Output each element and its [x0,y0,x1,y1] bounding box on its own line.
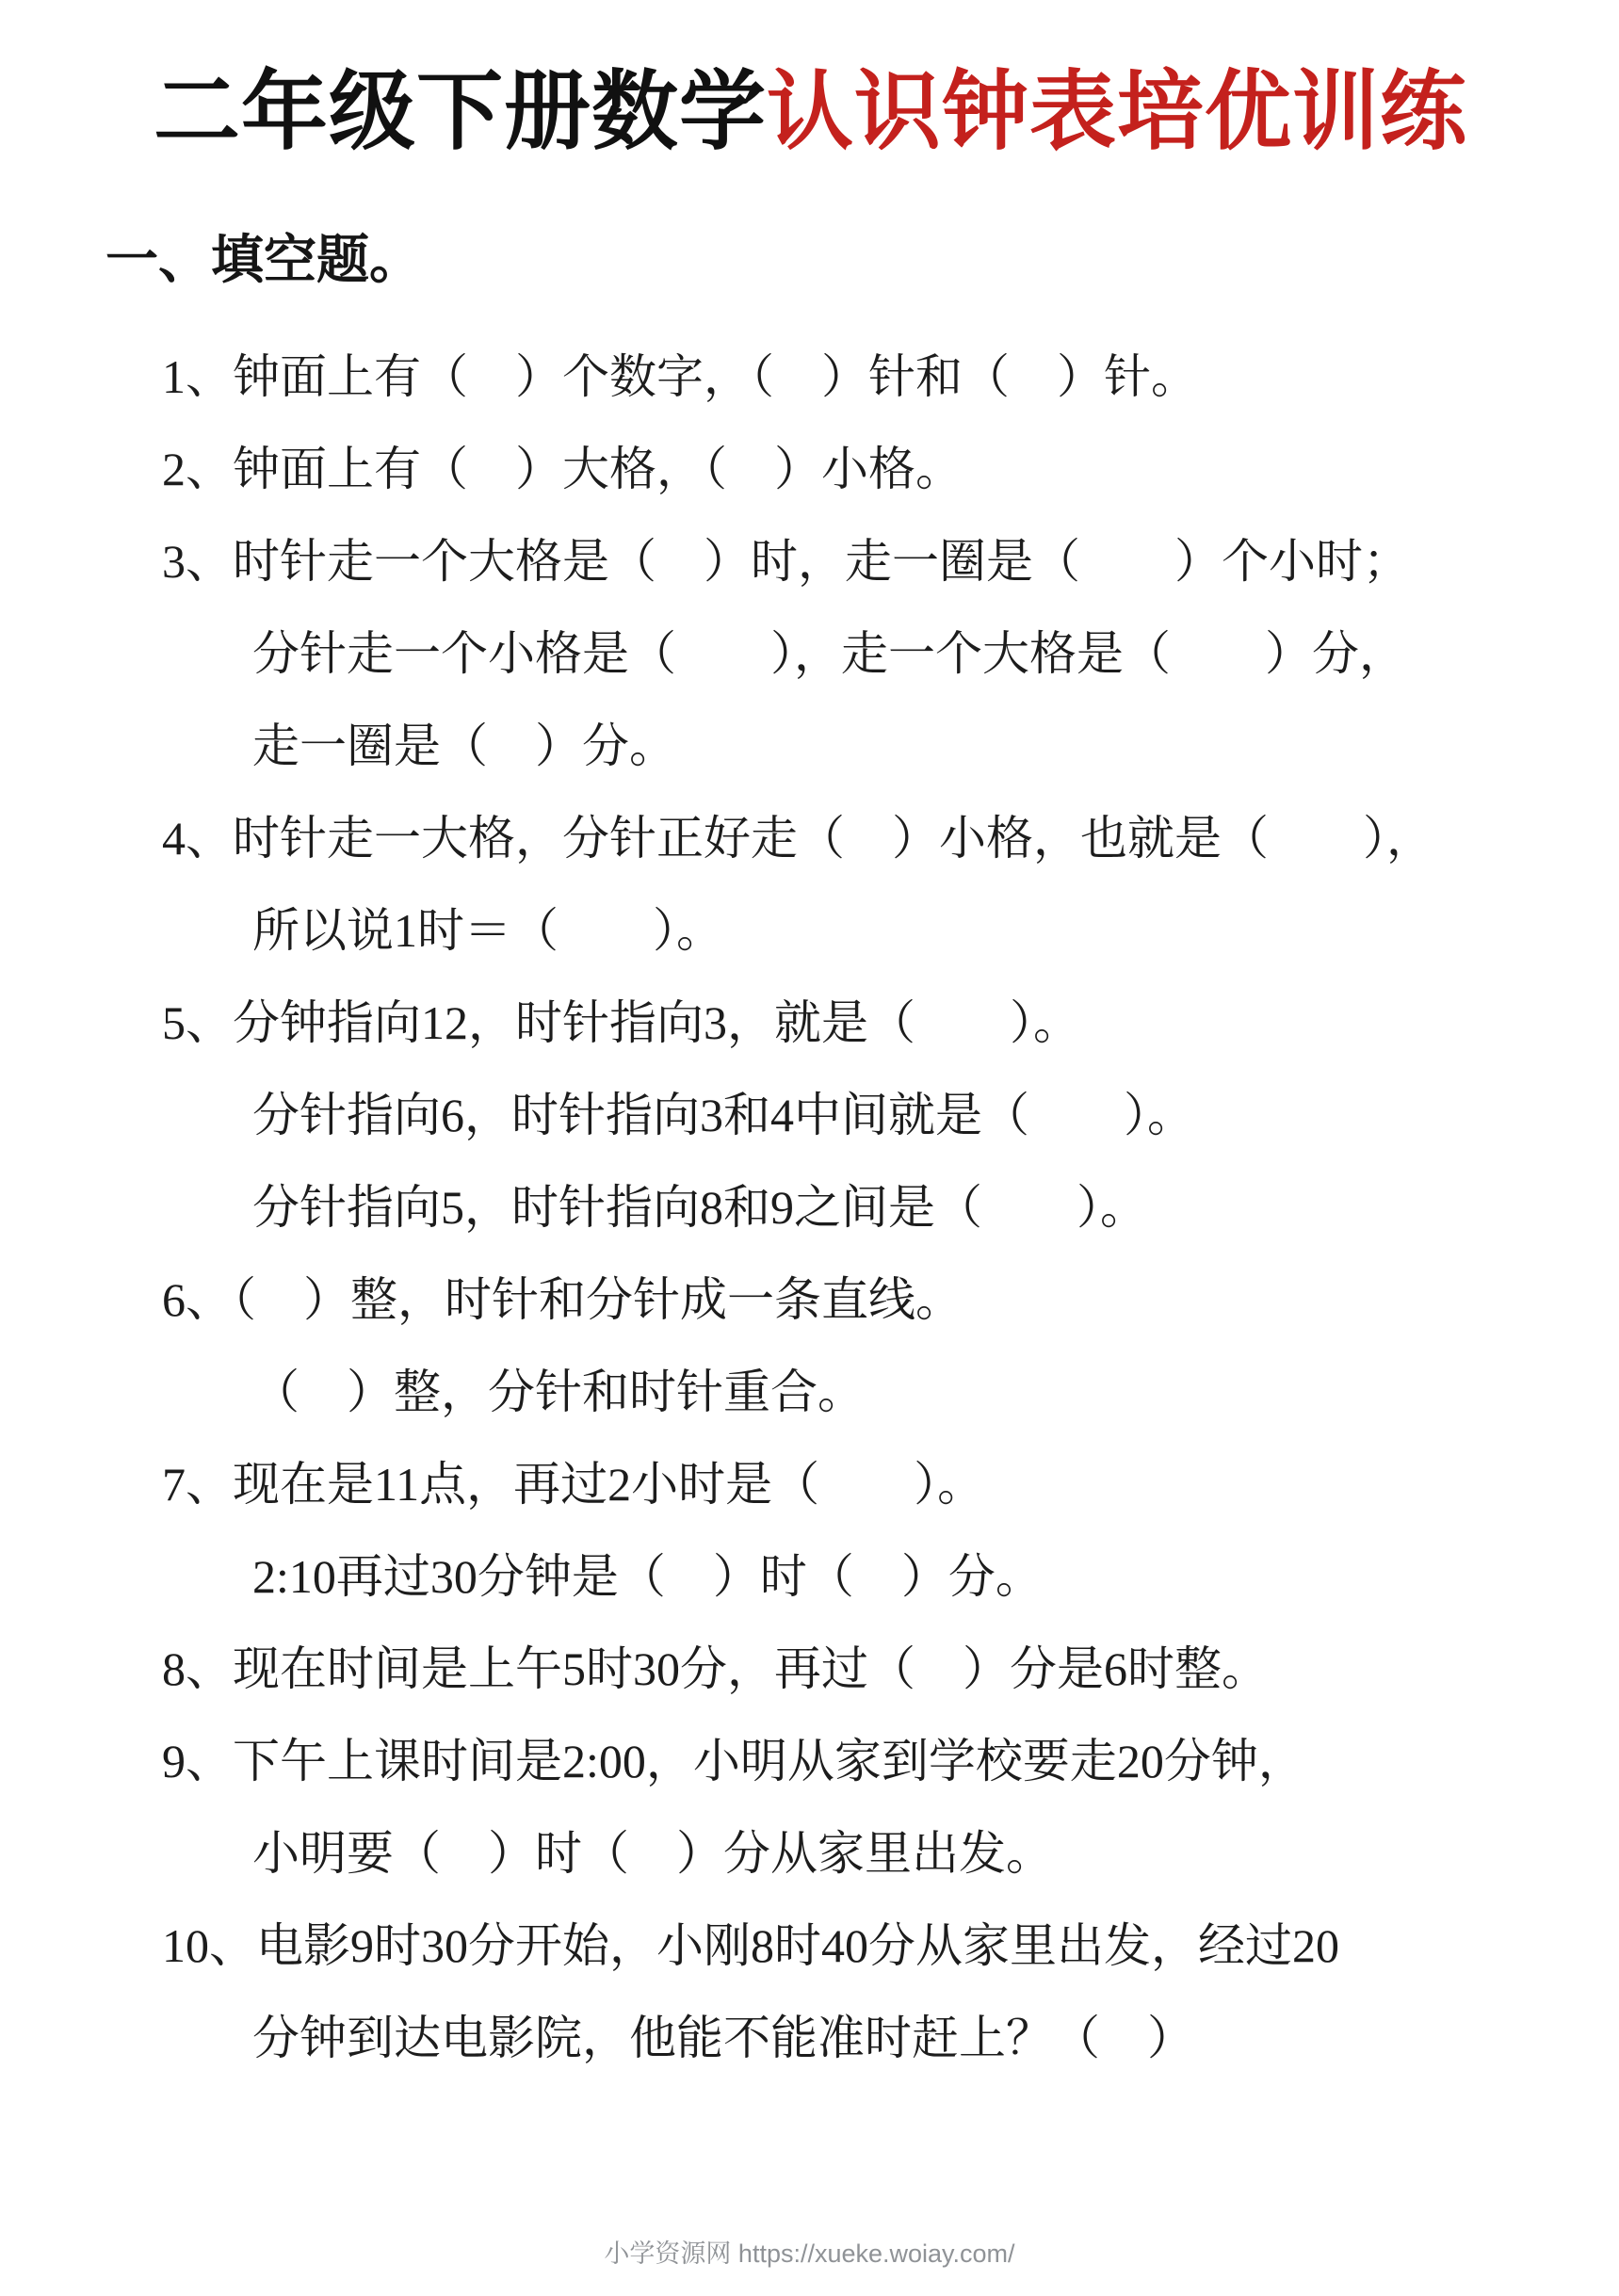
question-1-line-1: 1、钟面上有（ ）个数字，（ ）针和（ ）针。 [0,331,1619,423]
question-2-line-1: 2、钟面上有（ ）大格，（ ）小格。 [0,423,1619,515]
question-9-line-1: 9、下午上课时间是2:00，小明从家到学校要走20分钟， [0,1715,1619,1807]
question-7-line-1: 7、现在是11点，再过2小时是（ ）。 [0,1438,1619,1530]
question-4-line-2: 所以说1时＝（ ）。 [0,884,1619,977]
section-heading: 一、填空题。 [105,228,422,294]
page-title: 二年级下册数学认识钟表培优训练 [154,62,1467,162]
question-6-line-1: 6、（ ）整，时针和分针成一条直线。 [0,1253,1619,1346]
question-3-line-2: 分针走一个小格是（ ），走一个大格是（ ）分， [0,607,1619,700]
question-3-line-3: 走一圈是（ ）分。 [0,700,1619,792]
question-5-line-2: 分针指向6，时针指向3和4中间就是（ ）。 [0,1069,1619,1161]
page-title-black-part: 二年级下册数学 [154,64,767,160]
question-10-line-2: 分钟到达电影院，他能不能准时赶上？（ ） [0,1992,1619,2084]
question-4-line-1: 4、时针走一大格，分针正好走（ ）小格，也就是（ ）， [0,792,1619,884]
question-6-line-2: （ ）整，分针和时针重合。 [0,1346,1619,1438]
question-list: 1、钟面上有（ ）个数字，（ ）针和（ ）针。 2、钟面上有（ ）大格，（ ）小… [0,331,1619,2084]
question-9-line-2: 小明要（ ）时（ ）分从家里出发。 [0,1807,1619,1900]
footer-watermark: 小学资源网 https://xueke.woiay.com/ [0,2238,1619,2270]
question-5-line-1: 5、分钟指向12，时针指向3，就是（ ）。 [0,977,1619,1069]
question-7-line-2: 2:10再过30分钟是（ ）时（ ）分。 [0,1530,1619,1623]
question-10-line-1: 10、电影9时30分开始，小刚8时40分从家里出发，经过20 [0,1900,1619,1992]
question-3-line-1: 3、时针走一个大格是（ ）时，走一圈是（ ）个小时； [0,515,1619,607]
page-title-red-part: 认识钟表培优训练 [767,64,1467,160]
question-5-line-3: 分针指向5，时针指向8和9之间是（ ）。 [0,1161,1619,1253]
question-8-line-1: 8、现在时间是上午5时30分，再过（ ）分是6时整。 [0,1623,1619,1715]
worksheet-page: { "title": { "text_black": "二年级下册数学", "t… [0,0,1619,2296]
